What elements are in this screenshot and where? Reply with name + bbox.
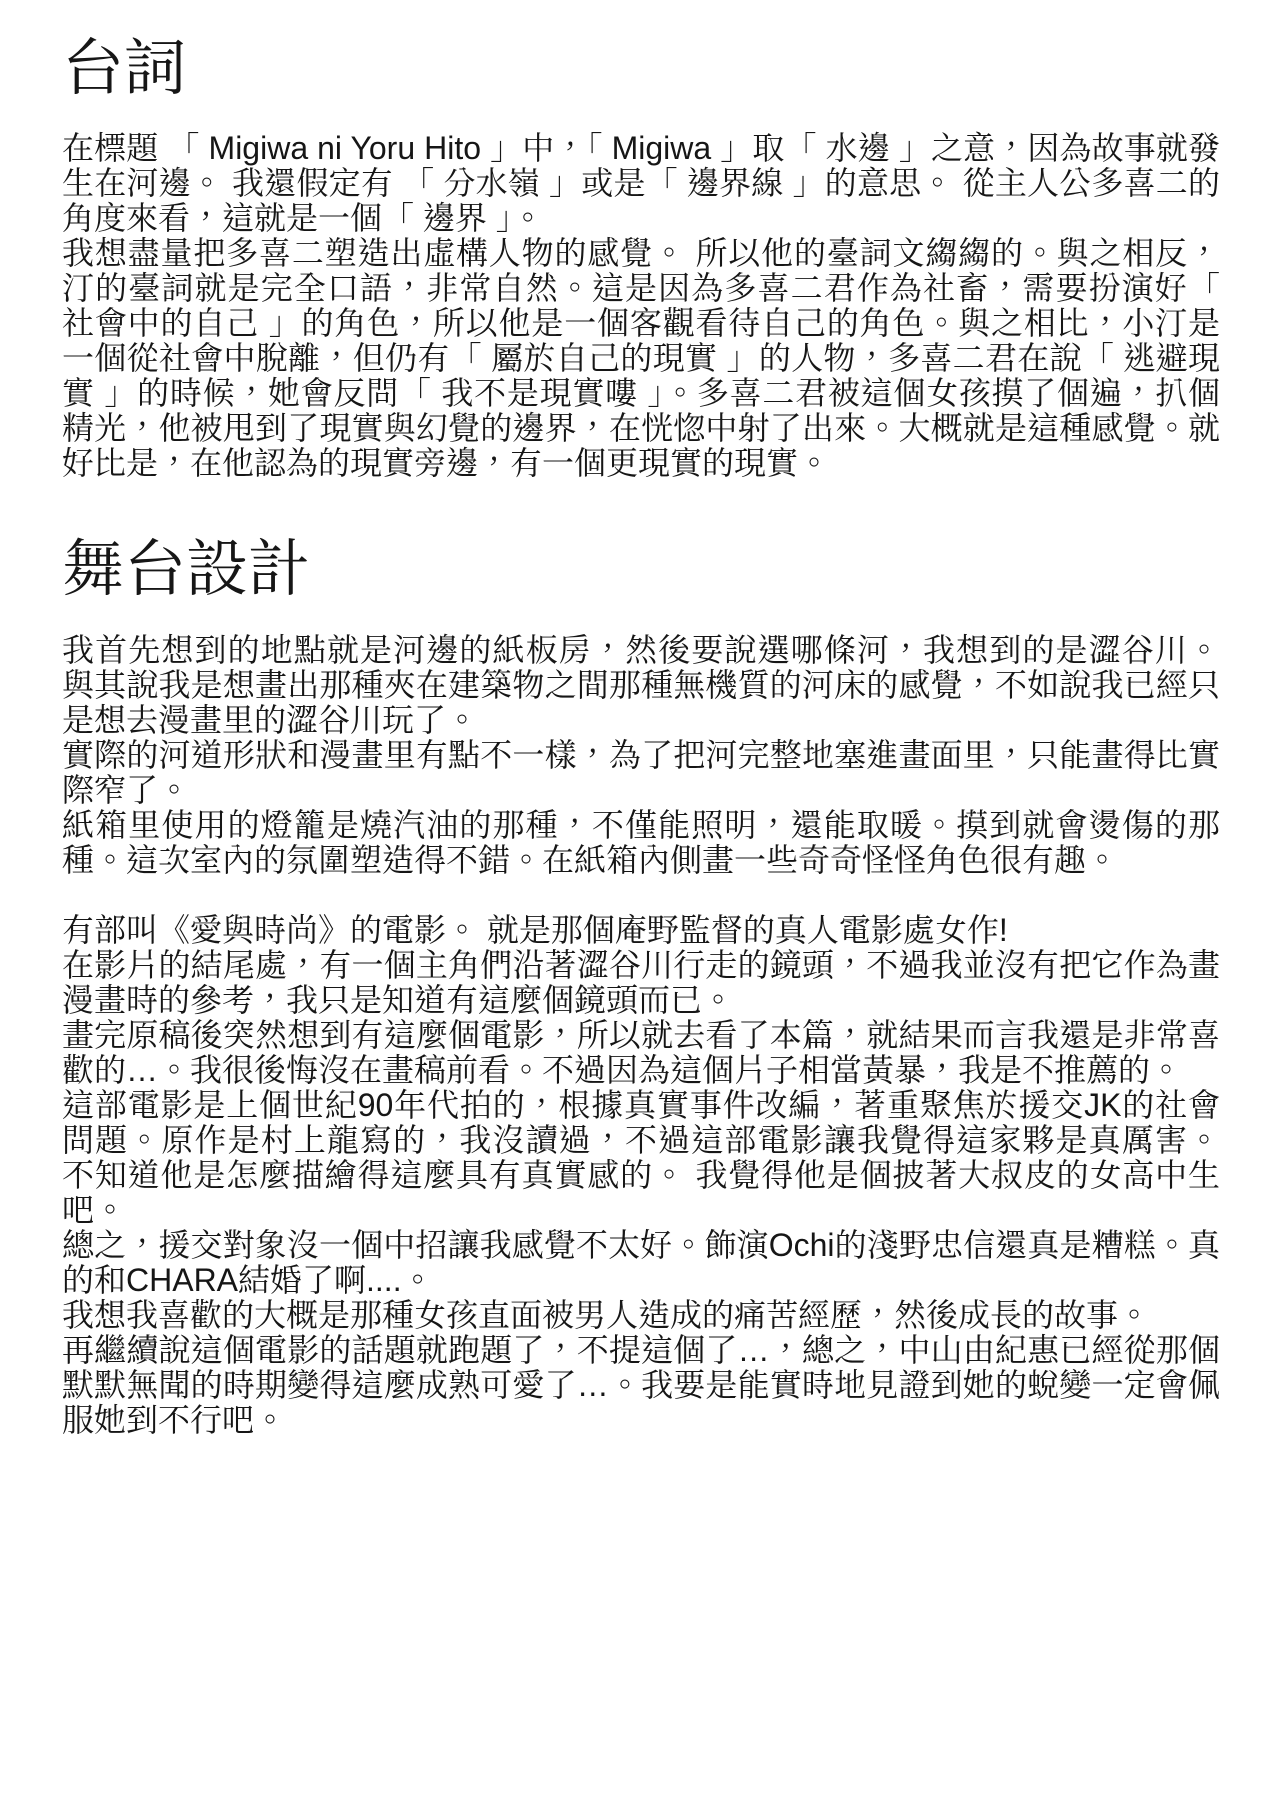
stage-design-paragraph-movie-ending-shot: 在影片的結尾處，有一個主角們沿著澀谷川行走的鏡頭，不過我並沒有把它作為畫漫畫時的…	[62, 948, 1220, 1018]
stage-design-paragraph-actor-comment: 總之，援交對象沒一個中招讓我感覺不太好。飾演Ochi的淺野忠信還真是糟糕。真的和…	[62, 1228, 1220, 1298]
dialogue-paragraph-title-meaning: 在標題 「 Migiwa ni Yoru Hito 」中，「 Migiwa 」取…	[62, 131, 1220, 236]
stage-design-paragraph-river-shape: 實際的河道形狀和漫畫里有點不一樣，為了把河完整地塞進畫面里，只能畫得比實際窄了。	[62, 738, 1220, 808]
section-stage-design: 舞台設計 我首先想到的地點就是河邊的紙板房，然後要說選哪條河，我想到的是澀谷川。…	[62, 535, 1220, 1437]
stage-design-paragraph-lantern: 紙箱里使用的燈籠是燒汽油的那種，不僅能照明，還能取暖。摸到就會燙傷的那種。這次室…	[62, 808, 1220, 878]
stage-design-paragraph-closing: 再繼續說這個電影的話題就跑題了，不提這個了…，總之，中山由紀惠已經從那個默默無聞…	[62, 1333, 1220, 1438]
paragraph-spacer	[62, 878, 1220, 913]
stage-design-section-heading: 舞台設計	[62, 535, 1220, 604]
stage-design-paragraph-location: 我首先想到的地點就是河邊的紙板房，然後要說選哪條河，我想到的是澀谷川。 與其說我…	[62, 633, 1220, 738]
section-dialogue: 台詞 在標題 「 Migiwa ni Yoru Hito 」中，「 Migiwa…	[62, 34, 1220, 481]
stage-design-paragraph-movie-background: 這部電影是上個世紀90年代拍的，根據真實事件改編，著重聚焦於援交JK的社會問題。…	[62, 1088, 1220, 1228]
stage-design-paragraph-movie-intro: 有部叫《愛與時尚》的電影。 就是那個庵野監督的真人電影處女作!	[62, 913, 1220, 948]
dialogue-paragraph-character-speech: 我想盡量把多喜二塑造出虛構人物的感覺。 所以他的臺詞文縐縐的。與之相反，汀的臺詞…	[62, 236, 1220, 481]
stage-design-paragraph-watched-after-draft: 畫完原稿後突然想到有這麼個電影，所以就去看了本篇，就結果而言我還是非常喜歡的…。…	[62, 1018, 1220, 1088]
stage-design-paragraph-story-preference: 我想我喜歡的大概是那種女孩直面被男人造成的痛苦經歷，然後成長的故事。	[62, 1298, 1220, 1333]
dialogue-section-heading: 台詞	[62, 34, 1220, 103]
document-page: 台詞 在標題 「 Migiwa ni Yoru Hito 」中，「 Migiwa…	[0, 0, 1280, 1808]
